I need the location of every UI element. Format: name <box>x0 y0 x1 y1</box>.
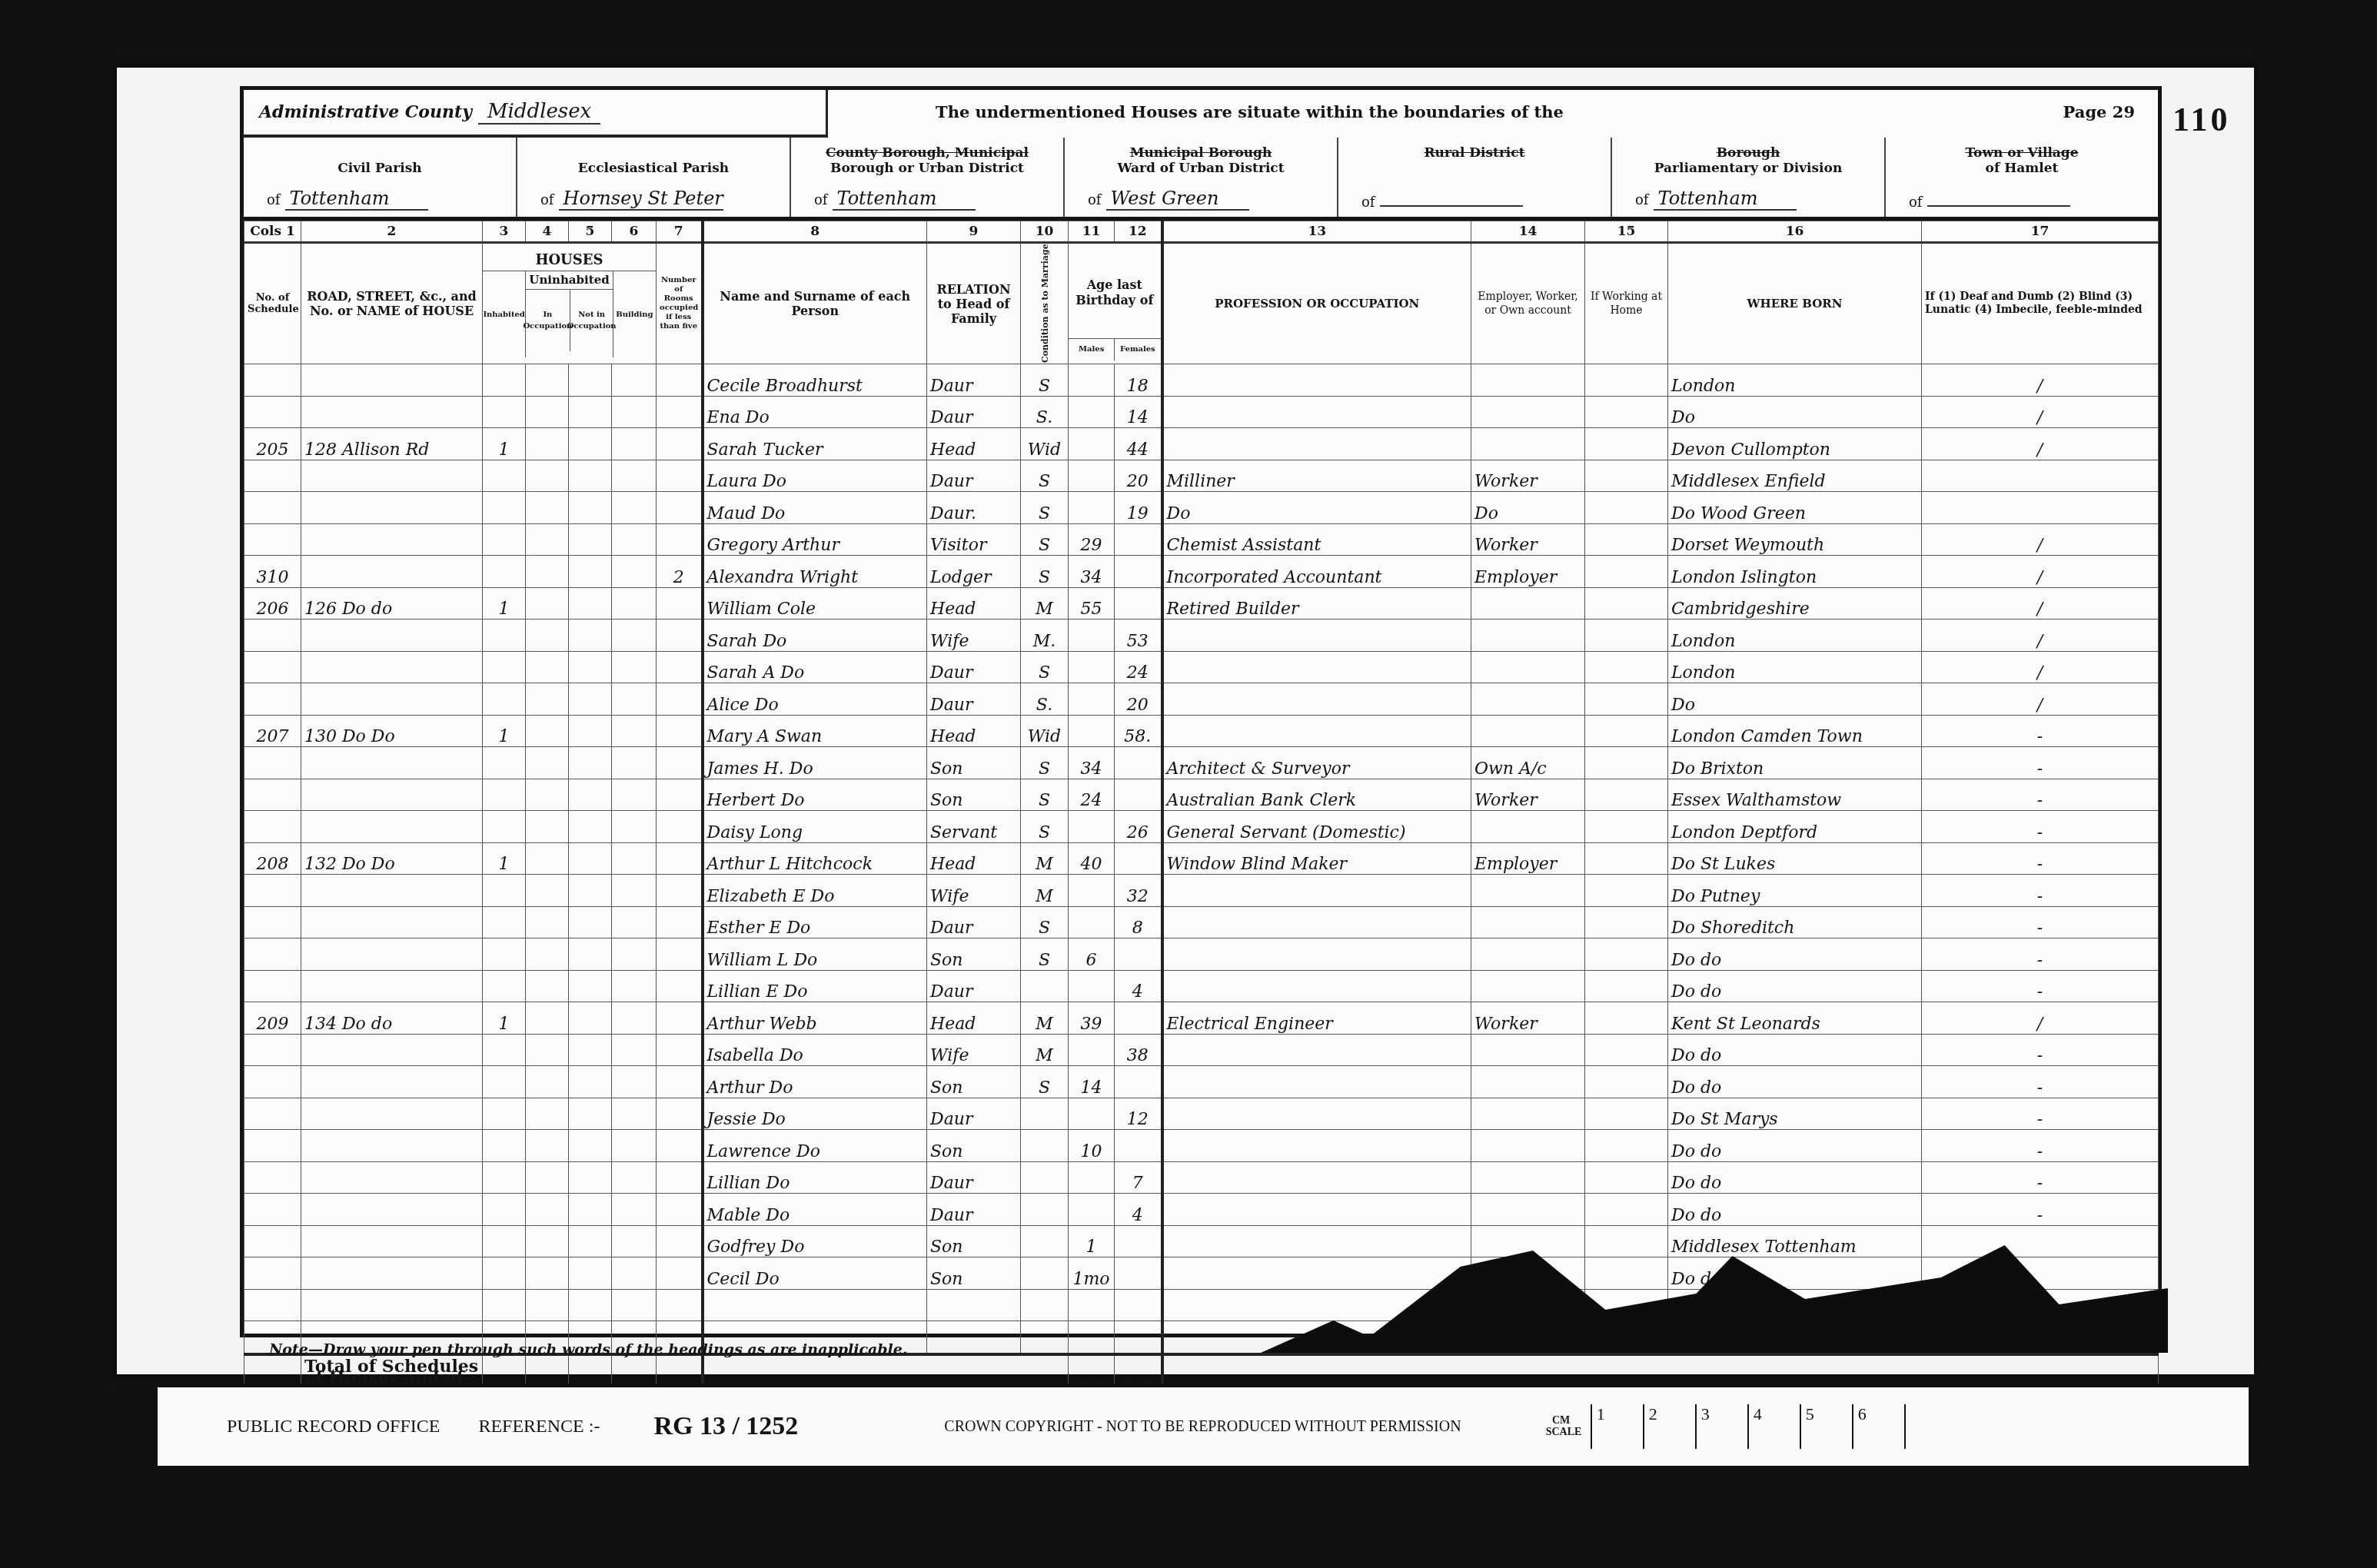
table-row: Cecil DoSon1moDo do <box>244 1257 2159 1290</box>
occupation <box>1162 396 1471 428</box>
address <box>301 364 483 397</box>
age-male <box>1069 1289 1115 1321</box>
person-name: Daisy Long <box>703 811 927 843</box>
building <box>612 715 657 747</box>
area-4: Rural Districtof <box>1338 138 1612 217</box>
area-label: Borough or Urban District <box>830 161 1024 176</box>
condition: M <box>1021 1002 1069 1035</box>
scale-mark: 2 <box>1644 1404 1697 1449</box>
age-female: 24 <box>1115 651 1162 683</box>
inhabited <box>483 1225 526 1257</box>
employment-status: Own A/c <box>1471 747 1585 779</box>
person-name: Alice Do <box>703 683 927 716</box>
building <box>612 523 657 556</box>
condition <box>1021 1161 1069 1194</box>
area-label: Ward of Urban District <box>1117 161 1284 176</box>
working-at-home <box>1585 811 1668 843</box>
age-female <box>1115 938 1162 971</box>
schedule-number <box>244 1194 301 1226</box>
age-male: 24 <box>1069 779 1115 811</box>
area-3: Municipal BoroughWard of Urban Districto… <box>1065 138 1338 217</box>
person-name: Sarah Tucker <box>703 428 927 460</box>
administrative-county: Administrative County Middlesex <box>244 90 828 138</box>
age-female: 44 <box>1115 428 1162 460</box>
reference-label: REFERENCE :- <box>478 1417 600 1437</box>
relation: Son <box>927 1130 1021 1162</box>
table-row: 208132 Do Do1Arthur L HitchcockHeadM40Wi… <box>244 842 2159 875</box>
cm-scale-label: CM SCALE <box>1546 1415 1577 1438</box>
employment-status <box>1471 651 1585 683</box>
form-header: Administrative County Middlesex The unde… <box>244 90 2158 136</box>
working-at-home <box>1585 460 1668 492</box>
in-occupation <box>526 556 569 588</box>
employment-status <box>1471 620 1585 652</box>
building <box>612 1130 657 1162</box>
condition: S <box>1021 556 1069 588</box>
occupation <box>1162 906 1471 938</box>
column-number: 4 <box>526 221 569 243</box>
employment-status: Worker <box>1471 523 1585 556</box>
building <box>612 683 657 716</box>
person-name: William L Do <box>703 938 927 971</box>
infirmity: / <box>1922 683 2159 716</box>
not-in-occupation <box>569 779 612 811</box>
where-born: Do <box>1668 683 1922 716</box>
relation: Lodger <box>927 556 1021 588</box>
working-at-home <box>1585 842 1668 875</box>
building <box>612 811 657 843</box>
schedule-number <box>244 811 301 843</box>
relation: Son <box>927 938 1021 971</box>
rooms <box>657 428 703 460</box>
in-occupation <box>526 1225 569 1257</box>
in-occupation <box>526 428 569 460</box>
header-inhabited: Inhabited <box>483 271 526 357</box>
where-born: Do <box>1668 396 1922 428</box>
column-number: 3 <box>483 221 526 243</box>
in-occupation <box>526 587 569 620</box>
occupation <box>1162 875 1471 907</box>
rooms <box>657 1257 703 1290</box>
not-in-occupation <box>569 651 612 683</box>
infirmity: - <box>1922 811 2159 843</box>
building <box>612 906 657 938</box>
in-occupation <box>526 460 569 492</box>
age-females: Females <box>1115 339 1160 360</box>
person-name: James H. Do <box>703 747 927 779</box>
condition: S. <box>1021 683 1069 716</box>
working-at-home <box>1585 428 1668 460</box>
where-born: Do do <box>1668 1194 1922 1226</box>
area-label-struck: Municipal Borough <box>1130 145 1272 161</box>
table-row: Alice DoDaurS.20Do/ <box>244 683 2159 716</box>
where-born: Do do <box>1668 938 1922 971</box>
condition <box>1021 1225 1069 1257</box>
age-male <box>1069 1161 1115 1194</box>
table-row: 3102Alexandra WrightLodgerS34Incorporate… <box>244 556 2159 588</box>
age-male <box>1069 620 1115 652</box>
area-0: Civil ParishofTottenham <box>244 138 517 217</box>
scale-mark: 6 <box>1853 1404 1906 1449</box>
where-born: London <box>1668 364 1922 397</box>
working-at-home <box>1585 715 1668 747</box>
rooms <box>657 587 703 620</box>
occupation <box>1162 1257 1471 1290</box>
relation: Daur <box>927 1194 1021 1226</box>
working-at-home <box>1585 651 1668 683</box>
schedule-number: 206 <box>244 587 301 620</box>
building <box>612 1066 657 1098</box>
area-2: County Borough, MunicipalBorough or Urba… <box>791 138 1065 217</box>
relation: Daur <box>927 651 1021 683</box>
person-name: Arthur Do <box>703 1066 927 1098</box>
occupation <box>1162 651 1471 683</box>
age-male <box>1069 428 1115 460</box>
inhabited <box>483 779 526 811</box>
relation: Daur <box>927 683 1021 716</box>
building <box>612 1289 657 1321</box>
person-name: Ena Do <box>703 396 927 428</box>
column-number: 16 <box>1668 221 1922 243</box>
header-address: ROAD, STREET, &c., and No. or NAME of HO… <box>301 243 483 364</box>
age-female: 4 <box>1115 970 1162 1002</box>
condition: S <box>1021 651 1069 683</box>
age-female <box>1115 1257 1162 1290</box>
age-male: 6 <box>1069 938 1115 971</box>
archive-footer: PUBLIC RECORD OFFICE REFERENCE :- RG 13 … <box>158 1384 2249 1470</box>
schedule-number: 205 <box>244 428 301 460</box>
area-value: West Green <box>1106 188 1249 211</box>
schedule-number: 310 <box>244 556 301 588</box>
occupation: Australian Bank Clerk <box>1162 779 1471 811</box>
inhabited <box>483 811 526 843</box>
houses-group: HOUSES <box>483 250 656 271</box>
rooms <box>657 970 703 1002</box>
where-born: Cambridgeshire <box>1668 587 1922 620</box>
infirmity: - <box>1922 1066 2159 1098</box>
age-female: 20 <box>1115 683 1162 716</box>
age-female <box>1115 842 1162 875</box>
not-in-occupation <box>569 620 612 652</box>
building <box>612 1034 657 1066</box>
relation: Head <box>927 842 1021 875</box>
person-name: Maud Do <box>703 492 927 524</box>
person-name: Sarah A Do <box>703 651 927 683</box>
inhabited <box>483 1161 526 1194</box>
column-number: 8 <box>703 221 927 243</box>
address: 126 Do do <box>301 587 483 620</box>
condition <box>1021 1098 1069 1130</box>
schedule-number <box>244 651 301 683</box>
infirmity <box>1922 492 2159 524</box>
age-male: 34 <box>1069 747 1115 779</box>
occupation: Milliner <box>1162 460 1471 492</box>
in-occupation <box>526 1098 569 1130</box>
age-male <box>1069 1321 1115 1354</box>
occupation <box>1162 1194 1471 1226</box>
person-name: Gregory Arthur <box>703 523 927 556</box>
working-at-home <box>1585 1225 1668 1257</box>
situate-text: The undermentioned Houses are situate wi… <box>936 102 1564 121</box>
not-in-occupation <box>569 715 612 747</box>
age-female <box>1115 779 1162 811</box>
age-male: 1mo <box>1069 1257 1115 1290</box>
page-number: Page 29 <box>2063 102 2135 121</box>
occupation <box>1162 1098 1471 1130</box>
where-born: Do St Marys <box>1668 1098 1922 1130</box>
where-born: Dorset Weymouth <box>1668 523 1922 556</box>
age-female: 7 <box>1115 1161 1162 1194</box>
address <box>301 492 483 524</box>
in-occupation <box>526 1257 569 1290</box>
condition <box>1021 970 1069 1002</box>
relation: Head <box>927 587 1021 620</box>
address <box>301 396 483 428</box>
schedule-number <box>244 1130 301 1162</box>
rooms <box>657 396 703 428</box>
header-building: Building <box>613 271 656 357</box>
table-row: Sarah A DoDaurS24London/ <box>244 651 2159 683</box>
rooms <box>657 747 703 779</box>
table-row: Herbert DoSonS24Australian Bank ClerkWor… <box>244 779 2159 811</box>
condition <box>1021 1289 1069 1321</box>
infirmity <box>1922 1225 2159 1257</box>
where-born: Middlesex Enfield <box>1668 460 1922 492</box>
building <box>612 492 657 524</box>
employment-status <box>1471 1098 1585 1130</box>
condition: M <box>1021 587 1069 620</box>
in-occupation <box>526 875 569 907</box>
infirmity: - <box>1922 906 2159 938</box>
not-in-occupation <box>569 1194 612 1226</box>
building <box>612 842 657 875</box>
column-number: 10 <box>1021 221 1069 243</box>
age-female: 32 <box>1115 875 1162 907</box>
area-value <box>1927 205 2070 207</box>
occupation: Incorporated Accountant <box>1162 556 1471 588</box>
age-male: 40 <box>1069 842 1115 875</box>
occupation <box>1162 683 1471 716</box>
address <box>301 620 483 652</box>
infirmity: - <box>1922 1130 2159 1162</box>
not-in-occupation <box>569 938 612 971</box>
address <box>301 1034 483 1066</box>
inhabited <box>483 492 526 524</box>
table-row: Godfrey DoSon1Middlesex Tottenham <box>244 1225 2159 1257</box>
infirmity: - <box>1922 779 2159 811</box>
schedule-number <box>244 970 301 1002</box>
working-at-home <box>1585 747 1668 779</box>
condition: M. <box>1021 620 1069 652</box>
working-at-home <box>1585 523 1668 556</box>
working-at-home <box>1585 1002 1668 1035</box>
rooms <box>657 875 703 907</box>
employment-status <box>1471 683 1585 716</box>
building <box>612 587 657 620</box>
occupation: Architect & Surveyor <box>1162 747 1471 779</box>
age-male: 39 <box>1069 1002 1115 1035</box>
in-occupation <box>526 970 569 1002</box>
schedule-number <box>244 1161 301 1194</box>
in-occupation <box>526 523 569 556</box>
age-male <box>1069 715 1115 747</box>
age-female <box>1115 587 1162 620</box>
header-occupation: PROFESSION OR OCCUPATION <box>1162 243 1471 364</box>
address <box>301 683 483 716</box>
address <box>301 523 483 556</box>
working-at-home <box>1585 492 1668 524</box>
age-female <box>1115 747 1162 779</box>
area-value: Tottenham <box>1654 188 1797 211</box>
area-label-struck: Borough <box>1717 145 1780 161</box>
where-born: Do do <box>1668 1066 1922 1098</box>
occupation <box>1162 938 1471 971</box>
condition: M <box>1021 875 1069 907</box>
condition: S <box>1021 811 1069 843</box>
building <box>612 460 657 492</box>
table-row: William L DoSonS6Do do- <box>244 938 2159 971</box>
rooms <box>657 811 703 843</box>
infirmity: / <box>1922 556 2159 588</box>
inhabited: 1 <box>483 428 526 460</box>
where-born: London <box>1668 620 1922 652</box>
age-male: 34 <box>1069 556 1115 588</box>
folio-number: 110 <box>2173 100 2231 139</box>
table-row: James H. DoSonS34Architect & SurveyorOwn… <box>244 747 2159 779</box>
not-in-occupation <box>569 1034 612 1066</box>
schedule-number <box>244 779 301 811</box>
person-name: Isabella Do <box>703 1034 927 1066</box>
not-in-occupation <box>569 1257 612 1290</box>
header-in-occupation: In Occupation <box>526 290 570 351</box>
infirmity: / <box>1922 364 2159 397</box>
where-born: Do do <box>1668 1130 1922 1162</box>
working-at-home <box>1585 683 1668 716</box>
address <box>301 556 483 588</box>
not-in-occupation <box>569 1098 612 1130</box>
in-occupation <box>526 1034 569 1066</box>
occupation <box>1162 1225 1471 1257</box>
in-occupation <box>526 779 569 811</box>
occupation: General Servant (Domestic) <box>1162 811 1471 843</box>
where-born: Kent St Leonards <box>1668 1002 1922 1035</box>
schedule-number <box>244 1066 301 1098</box>
not-in-occupation <box>569 842 612 875</box>
relation: Daur <box>927 364 1021 397</box>
relation: Daur <box>927 1161 1021 1194</box>
table-row: Isabella DoWifeM38Do do- <box>244 1034 2159 1066</box>
address: 128 Allison Rd <box>301 428 483 460</box>
employment-status <box>1471 970 1585 1002</box>
census-form: Administrative County Middlesex The unde… <box>240 86 2162 1337</box>
age-female <box>1115 1066 1162 1098</box>
area-value: Tottenham <box>285 188 428 211</box>
in-occupation <box>526 842 569 875</box>
person-name: Lillian Do <box>703 1161 927 1194</box>
employment-status <box>1471 396 1585 428</box>
scale-mark: 4 <box>1749 1404 1801 1449</box>
not-in-occupation <box>569 396 612 428</box>
inhabited <box>483 747 526 779</box>
relation: Daur <box>927 906 1021 938</box>
inhabited <box>483 460 526 492</box>
rooms <box>657 1034 703 1066</box>
cm-scale: 123456 <box>1591 1404 1906 1449</box>
area-value: Hornsey St Peter <box>559 188 723 211</box>
schedule-number <box>244 747 301 779</box>
where-born: Essex Walthamstow <box>1668 779 1922 811</box>
employment-status: Employer <box>1471 556 1585 588</box>
relation: Visitor <box>927 523 1021 556</box>
header-relation: RELATION to Head of Family <box>927 243 1021 364</box>
not-in-occupation <box>569 460 612 492</box>
occupation <box>1162 1130 1471 1162</box>
working-at-home <box>1585 1161 1668 1194</box>
header-rooms: Number of Rooms occupied if less than fi… <box>657 243 703 364</box>
rooms <box>657 364 703 397</box>
infirmity: - <box>1922 747 2159 779</box>
age-female <box>1115 1002 1162 1035</box>
age-male <box>1069 1034 1115 1066</box>
relation: Wife <box>927 875 1021 907</box>
scale-mark: 1 <box>1592 1404 1644 1449</box>
schedule-number <box>244 396 301 428</box>
table-row: Esther E DoDaurS8Do Shoreditch- <box>244 906 2159 938</box>
building <box>612 1098 657 1130</box>
inhabited <box>483 651 526 683</box>
person-name: William Cole <box>703 587 927 620</box>
condition: S <box>1021 364 1069 397</box>
address <box>301 1066 483 1098</box>
inhabited <box>483 556 526 588</box>
inhabited <box>483 1098 526 1130</box>
building <box>612 875 657 907</box>
infirmity: - <box>1922 1161 2159 1194</box>
header-condition: Condition as to Marriage <box>1021 243 1069 364</box>
relation: Servant <box>927 811 1021 843</box>
table-row: Mable DoDaur4Do do- <box>244 1194 2159 1226</box>
age-male <box>1069 811 1115 843</box>
header-houses: HOUSES Inhabited Uninhabited In Occupati… <box>483 243 657 364</box>
in-occupation <box>526 492 569 524</box>
area-label-struck: Town or Village <box>1965 145 2078 161</box>
infirmity <box>1922 460 2159 492</box>
employment-status <box>1471 1161 1585 1194</box>
employment-status: Worker <box>1471 460 1585 492</box>
not-in-occupation <box>569 1161 612 1194</box>
area-label: Ecclesiastical Parish <box>578 161 729 176</box>
where-born: Do Shoreditch <box>1668 906 1922 938</box>
not-in-occupation <box>569 428 612 460</box>
schedule-number <box>244 620 301 652</box>
in-occupation <box>526 906 569 938</box>
inhabited: 1 <box>483 842 526 875</box>
header-schedule: No. of Schedule <box>244 243 301 364</box>
age-female <box>1115 1130 1162 1162</box>
address <box>301 460 483 492</box>
condition: Wid <box>1021 715 1069 747</box>
relation: Son <box>927 1066 1021 1098</box>
occupation: Chemist Assistant <box>1162 523 1471 556</box>
column-number: 2 <box>301 221 483 243</box>
condition <box>1021 1257 1069 1290</box>
inhabited <box>483 523 526 556</box>
age-female <box>1115 1321 1162 1354</box>
not-in-occupation <box>569 523 612 556</box>
age-male <box>1069 906 1115 938</box>
employment-status: Employer <box>1471 842 1585 875</box>
working-at-home <box>1585 970 1668 1002</box>
